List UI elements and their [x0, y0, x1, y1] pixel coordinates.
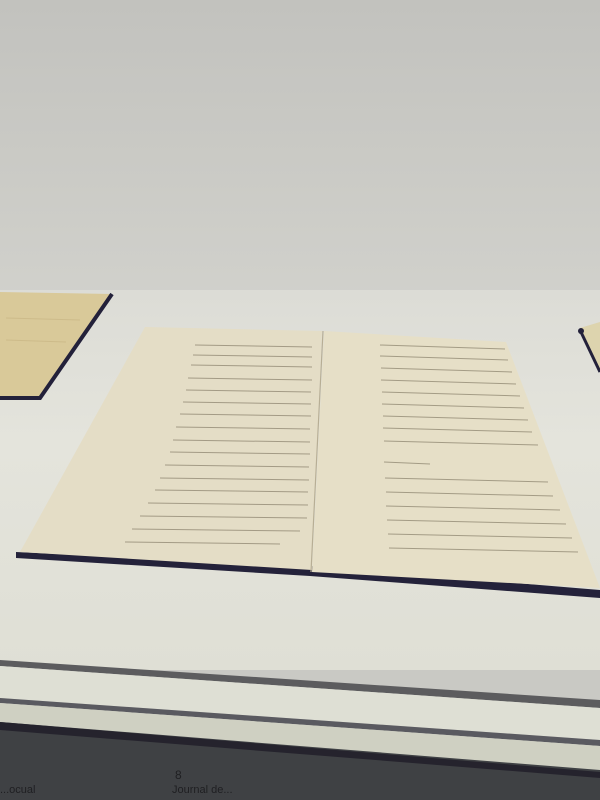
left-document [0, 292, 112, 398]
display-scene [0, 0, 600, 800]
exhibit-left-caption: ...ocual [0, 784, 35, 796]
exhibit-number: 8 [175, 768, 182, 782]
exhibit-label-panel: 8 Journal de... ...ocual [0, 740, 600, 800]
right-document-edge [578, 322, 600, 372]
exhibit-title: Journal de... [172, 784, 233, 796]
